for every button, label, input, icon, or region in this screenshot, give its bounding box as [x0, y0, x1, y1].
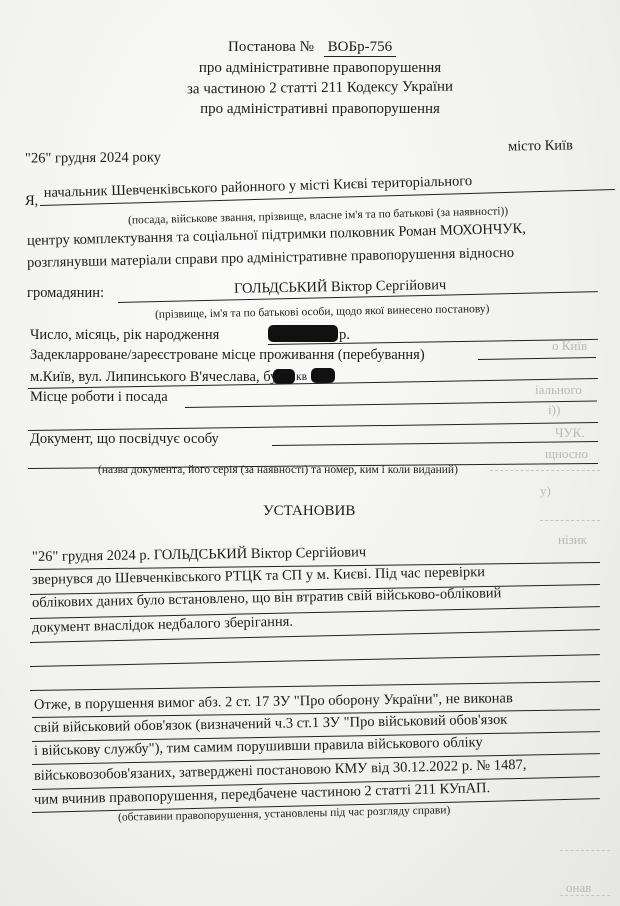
official-line-3: розглянувши матеріали справи про адмініс… — [27, 245, 514, 272]
header-line-1: про адміністративне правопорушення — [150, 60, 490, 77]
resolution-number: ВОБр-756 — [324, 39, 396, 57]
birth-suffix: р. — [339, 327, 350, 344]
residence-label: Задекларроване/зареєстроване місце прожи… — [30, 347, 425, 364]
work-underline — [185, 401, 597, 408]
official-line-1: начальник Шевченківського районного у мі… — [44, 173, 473, 202]
bleed-text-3: і)) — [548, 402, 560, 418]
bleed-text-2: іального — [535, 382, 582, 398]
header-line-3: про адміністративні правопорушення — [150, 101, 490, 118]
bleed-dash-2 — [540, 520, 600, 521]
redacted-birth-date — [268, 325, 338, 342]
bleed-dash-1 — [490, 470, 600, 471]
established-heading: УСТАНОВИВ — [263, 503, 355, 520]
birth-label: Число, місяць, рік народження — [30, 327, 219, 344]
established-underline-5 — [30, 654, 600, 667]
bleed-text-8: онав — [566, 880, 591, 896]
document-date: "26" грудня 2024 року — [25, 149, 161, 167]
document-caption: (назва документа, його серія (за наявнос… — [98, 464, 458, 476]
resolution-title: Постанова № ВОБр-756 — [228, 39, 396, 57]
address-apartment: кв — [296, 371, 307, 383]
citizen-caption: (прізвище, ім'я та по батькові особи, що… — [155, 303, 490, 321]
bleed-dash-4 — [560, 895, 610, 896]
title-prefix: Постанова № — [228, 39, 314, 55]
bleed-dash-3 — [560, 850, 610, 851]
document-label: Документ, що посвідчує особу — [30, 431, 219, 448]
scanned-document-page: Постанова № ВОБр-756 про адміністративне… — [0, 0, 620, 906]
established-underline-6 — [30, 681, 600, 691]
redacted-apartment-number — [311, 368, 335, 383]
bleed-text-6: у) — [540, 483, 551, 499]
redacted-house-number — [273, 369, 295, 384]
conclusion-caption: (обставини правопорушення, установлены п… — [118, 804, 450, 824]
established-line-1: "26" грудня 2024 р. ГОЛЬДСЬКИЙ Віктор Се… — [32, 544, 366, 566]
bleed-text-4: ЧУК. — [555, 425, 585, 441]
bleed-text-1: о Київ — [552, 338, 587, 354]
document-city: місто Київ — [508, 137, 573, 155]
official-prefix: Я, — [25, 193, 38, 210]
work-underline-2 — [28, 422, 598, 431]
work-label: Місце роботи і посада — [30, 389, 168, 406]
bleed-text-7: нізик — [558, 532, 587, 548]
established-line-3: облікових даних було встановлено, що він… — [32, 585, 502, 612]
bleed-text-5: щносно — [545, 446, 588, 462]
residence-underline — [478, 357, 596, 360]
header-line-2: за частиною 2 статті 211 Кодексу України — [145, 78, 495, 99]
citizen-label: громадянин: — [27, 285, 104, 302]
